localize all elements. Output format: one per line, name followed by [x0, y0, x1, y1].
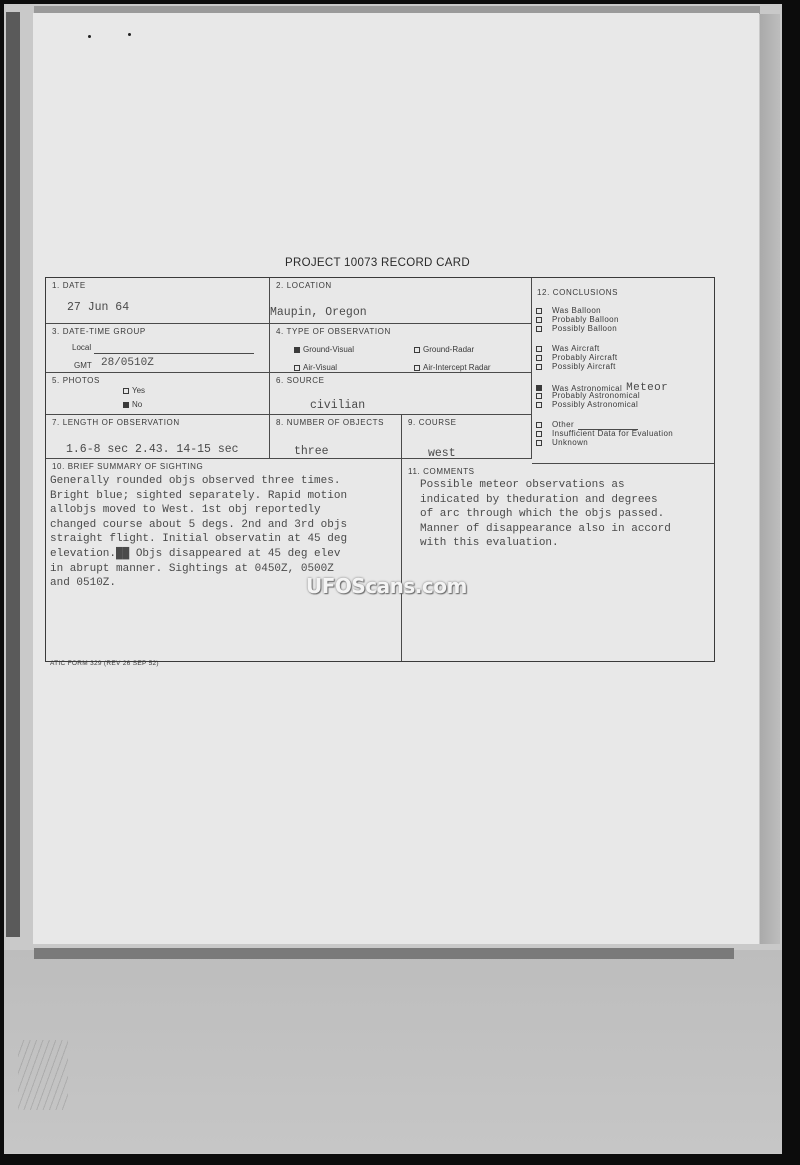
conclusion-unknown[interactable]: Unknown — [536, 438, 588, 447]
conclusion-possibly-astronomical[interactable]: Possibly Astronomical — [536, 400, 638, 409]
checkbox-icon — [536, 402, 542, 408]
field-date: 1. DATE 27 Jun 64 — [46, 278, 270, 324]
field-number-of-objects: 8. NUMBER OF OBJECTS three — [270, 415, 402, 459]
conclusion-other[interactable]: Other — [536, 420, 574, 429]
source-value: civilian — [310, 399, 365, 412]
field-comments: 11. COMMENTS Possible meteor observation… — [402, 464, 714, 661]
date-value: 27 Jun 64 — [67, 301, 129, 314]
field-source: 6. SOURCE civilian — [270, 373, 532, 415]
type-of-observation-label: 4. TYPE OF OBSERVATION — [276, 327, 391, 336]
source-label: 6. SOURCE — [276, 376, 325, 385]
option-ground-visual[interactable]: Ground-Visual — [294, 345, 354, 354]
option-air-intercept-radar[interactable]: Air-Intercept Radar — [414, 363, 491, 372]
dust-speck — [88, 35, 91, 38]
conclusion-was-balloon[interactable]: Was Balloon — [536, 306, 601, 315]
comments-label: 11. COMMENTS — [408, 467, 475, 476]
checkbox-icon — [123, 388, 129, 394]
number-of-objects-label: 8. NUMBER OF OBJECTS — [276, 418, 384, 427]
checkbox-icon — [536, 393, 542, 399]
page-shadow-right — [760, 14, 780, 944]
film-edge-strip — [6, 12, 20, 937]
field-date-time-group: 3. DATE-TIME GROUP Local GMT 28/0510Z — [46, 324, 270, 373]
checkbox-icon — [536, 346, 542, 352]
local-time-line — [94, 353, 254, 354]
conclusion-probably-aircraft[interactable]: Probably Aircraft — [536, 353, 618, 362]
comments-text: Possible meteor observations as indicate… — [420, 478, 671, 551]
checkbox-icon — [536, 431, 542, 437]
field-brief-summary: 10. BRIEF SUMMARY OF SIGHTING Generally … — [46, 459, 402, 661]
checkbox-icon — [414, 347, 420, 353]
option-photos-yes[interactable]: Yes — [123, 386, 145, 395]
checkbox-icon — [536, 422, 542, 428]
field-course: 9. COURSE west — [402, 415, 532, 459]
checkbox-icon — [536, 308, 542, 314]
length-of-observation-label: 7. LENGTH OF OBSERVATION — [52, 418, 180, 427]
course-label: 9. COURSE — [408, 418, 457, 427]
location-value: Maupin, Oregon — [270, 306, 367, 319]
film-scratch — [18, 1040, 68, 1110]
field-location: 2. LOCATION Maupin, Oregon — [270, 278, 532, 324]
conclusions-label: 12. CONCLUSIONS — [537, 288, 618, 297]
field-conclusions: 12. CONCLUSIONS Was Balloon Probably Bal… — [532, 278, 714, 464]
conclusion-was-aircraft[interactable]: Was Aircraft — [536, 344, 600, 353]
gmt-label: GMT — [74, 361, 92, 370]
conclusion-insufficient-data[interactable]: Insufficient Data for Evaluation — [536, 429, 673, 438]
checkbox-icon — [536, 355, 542, 361]
course-value: west — [428, 447, 456, 460]
brief-summary-text: Generally rounded objs observed three ti… — [50, 474, 347, 591]
form-number: ATIC FORM 329 (REV 26 SEP 52) — [50, 660, 159, 667]
scan-lower-background — [4, 950, 782, 1153]
conclusion-possibly-aircraft[interactable]: Possibly Aircraft — [536, 362, 616, 371]
conclusion-possibly-balloon[interactable]: Possibly Balloon — [536, 324, 617, 333]
field-photos: 5. PHOTOS Yes No — [46, 373, 270, 415]
checkbox-icon — [536, 326, 542, 332]
watermark: UFOScans.com — [306, 574, 467, 598]
checkbox-icon — [414, 365, 420, 371]
option-air-visual[interactable]: Air-Visual — [294, 363, 337, 372]
checkbox-checked-icon — [123, 402, 129, 408]
field-length-of-observation: 7. LENGTH OF OBSERVATION 1.6-8 sec 2.43.… — [46, 415, 270, 459]
option-photos-no[interactable]: No — [123, 400, 142, 409]
length-of-observation-value: 1.6-8 sec 2.43. 14-15 sec — [66, 443, 239, 456]
field-type-of-observation: 4. TYPE OF OBSERVATION Ground-Visual Gro… — [270, 324, 532, 373]
gmt-value: 28/0510Z — [101, 357, 154, 369]
checkbox-icon — [536, 440, 542, 446]
checkbox-icon — [536, 317, 542, 323]
brief-summary-label: 10. BRIEF SUMMARY OF SIGHTING — [52, 462, 203, 471]
option-ground-radar[interactable]: Ground-Radar — [414, 345, 474, 354]
record-card-form: 1. DATE 27 Jun 64 2. LOCATION Maupin, Or… — [45, 277, 715, 662]
dust-speck — [128, 33, 131, 36]
photos-label: 5. PHOTOS — [52, 376, 100, 385]
local-time-label: Local — [72, 343, 91, 352]
checkbox-checked-icon — [294, 347, 300, 353]
conclusion-probably-balloon[interactable]: Probably Balloon — [536, 315, 619, 324]
checkbox-icon — [536, 364, 542, 370]
checkbox-icon — [294, 365, 300, 371]
location-label: 2. LOCATION — [276, 281, 332, 290]
page-shadow-bottom — [34, 948, 734, 959]
number-of-objects-value: three — [294, 445, 329, 458]
conclusion-probably-astronomical[interactable]: Probably Astronomical — [536, 391, 640, 400]
date-label: 1. DATE — [52, 281, 86, 290]
date-time-group-label: 3. DATE-TIME GROUP — [52, 327, 146, 336]
document-title: PROJECT 10073 RECORD CARD — [285, 257, 470, 269]
